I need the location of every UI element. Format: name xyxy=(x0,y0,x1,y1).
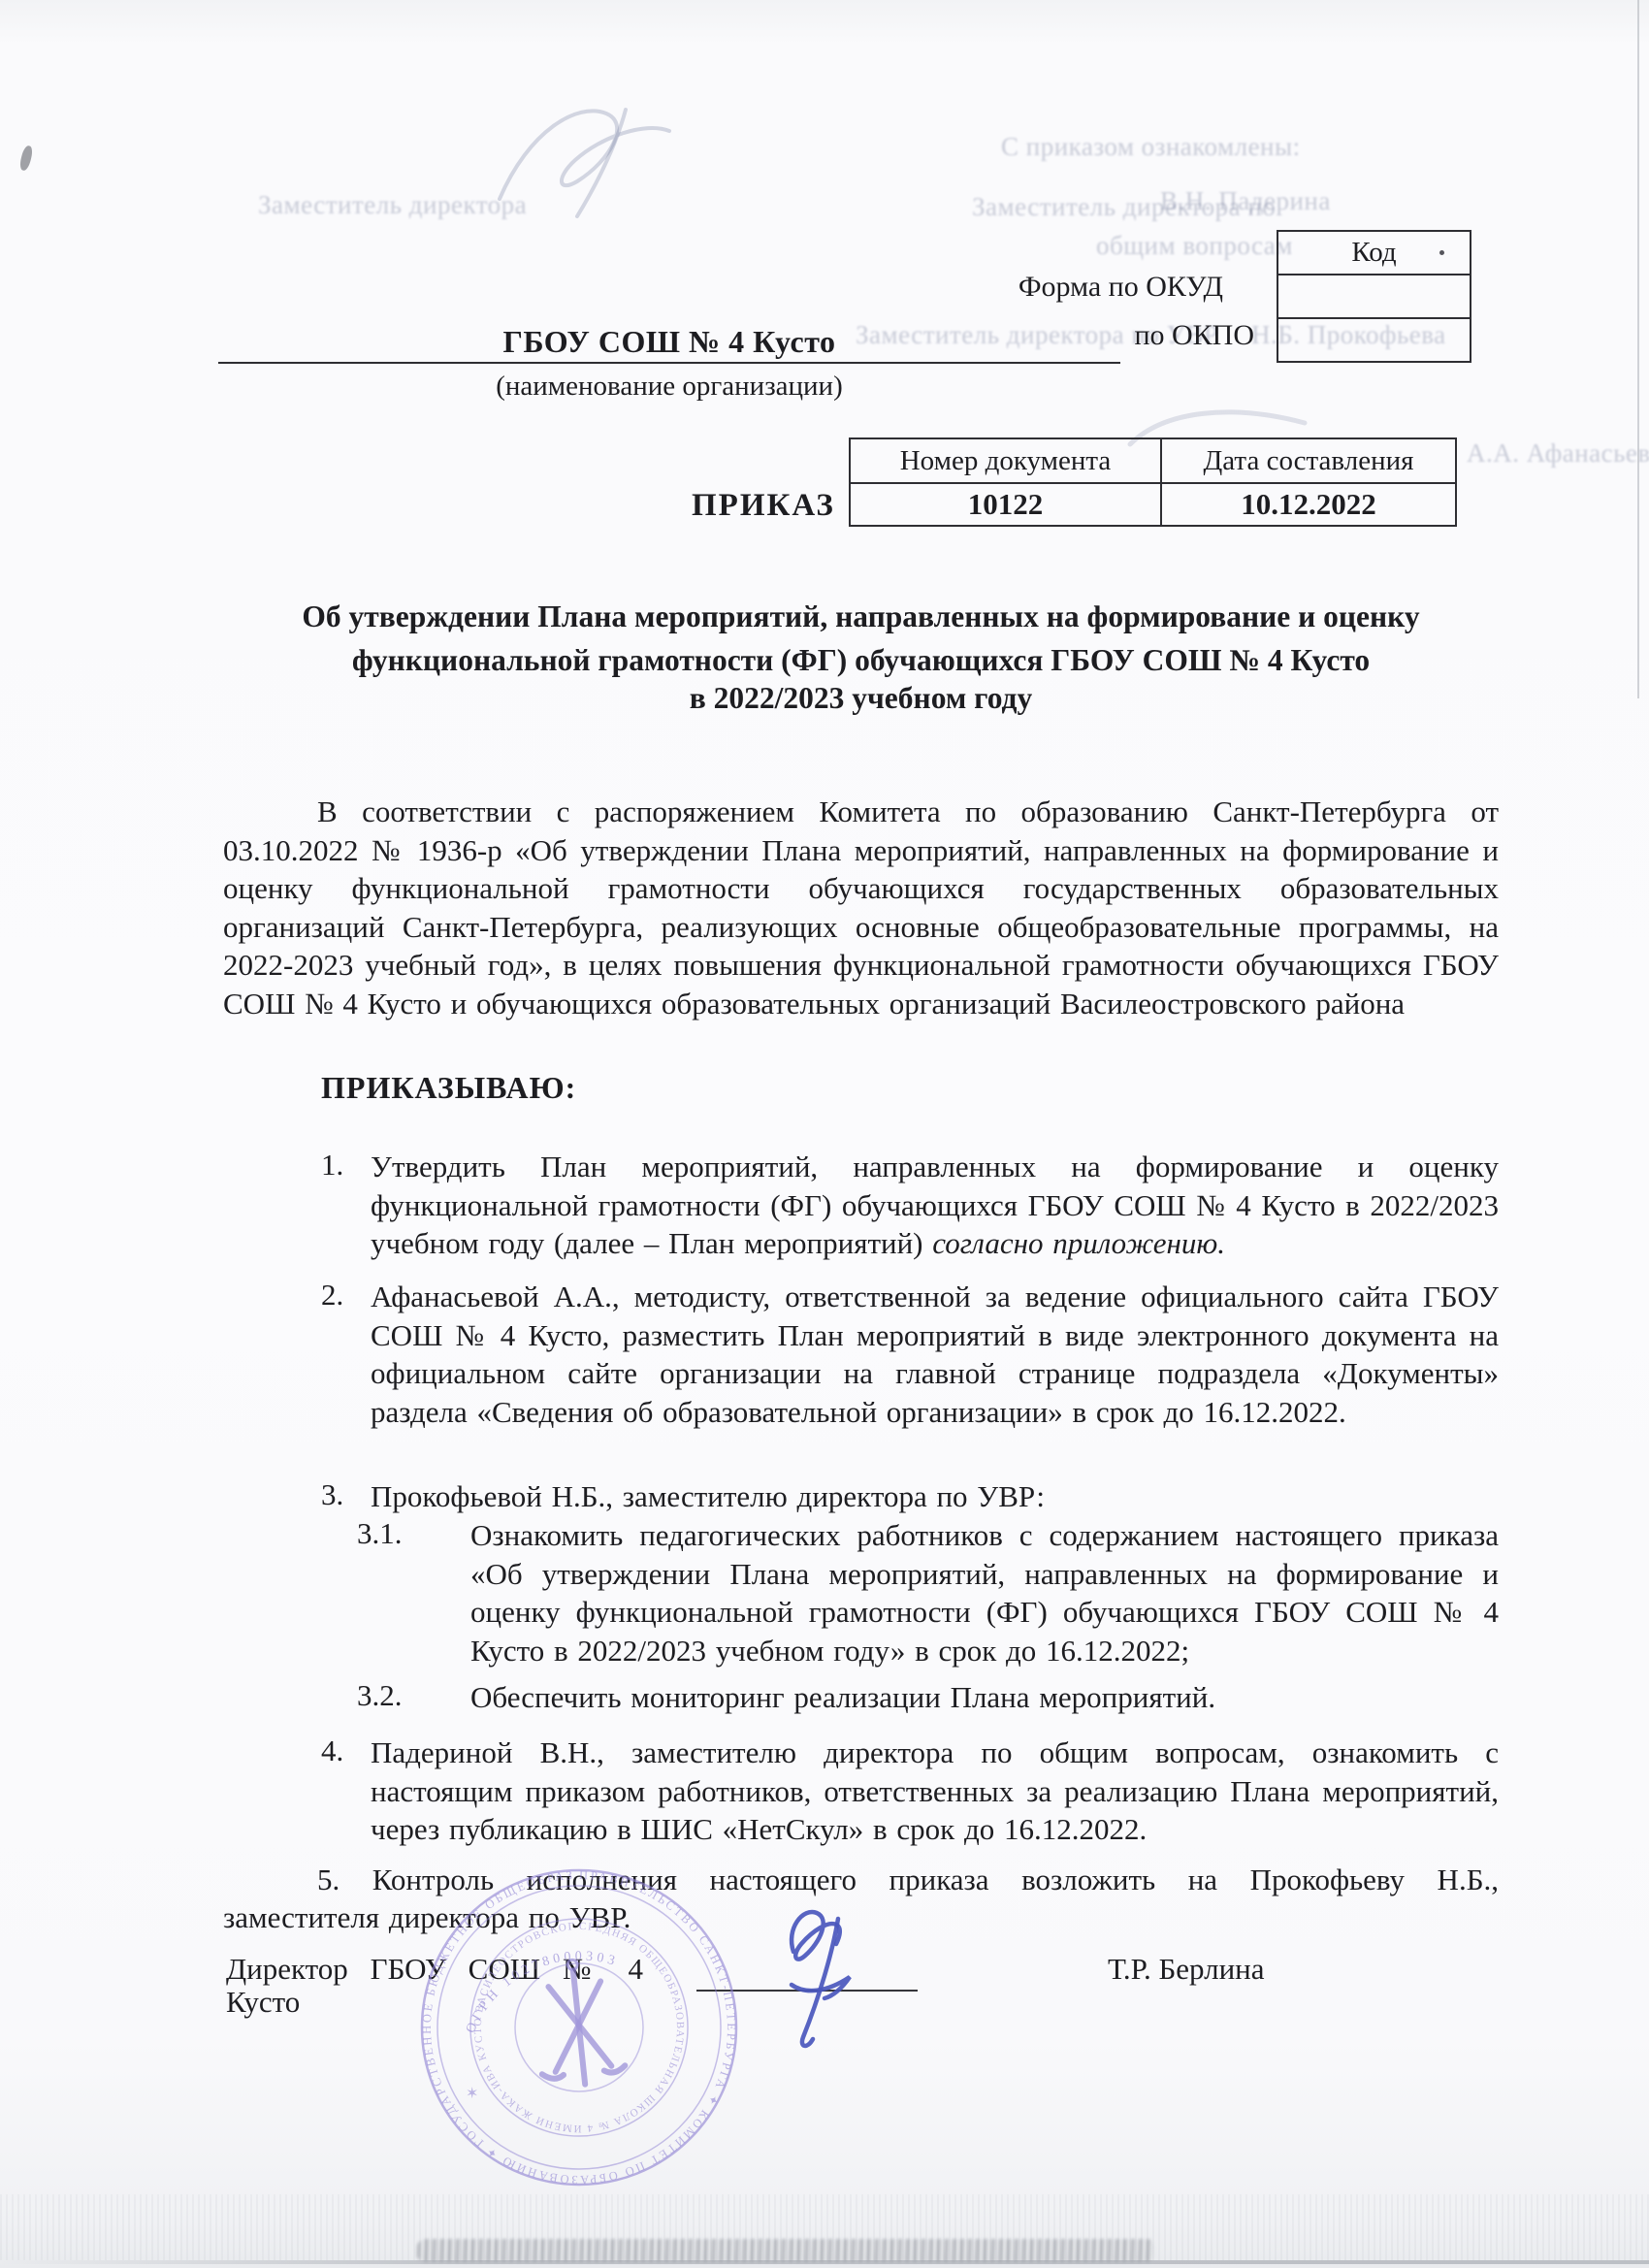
doc-number-value: 10122 xyxy=(850,483,1161,526)
order-item-3: 3. Прокофьевой Н.Б., заместителю директо… xyxy=(321,1477,1499,1516)
document-page: С приказом ознакомлены: Заместитель дире… xyxy=(0,0,1649,2268)
item-number: 2. xyxy=(321,1278,343,1312)
order-label: ПРИКАЗ xyxy=(692,488,835,524)
bleed-through-text: Заместитель директора по xyxy=(972,192,1276,222)
bleed-through-text: В.Н. Падерина xyxy=(1160,186,1331,216)
subitem-text: Обеспечить мониторинг реализации Плана м… xyxy=(470,1678,1499,1717)
bleed-through-signature xyxy=(441,92,694,228)
organization-name: ГБОУ СОШ № 4 Кусто xyxy=(218,324,1120,360)
order-subitem-3-2: 3.2. Обеспечить мониторинг реализации Пл… xyxy=(357,1678,1499,1717)
subitem-number: 3.2. xyxy=(357,1678,403,1713)
scan-edge-line xyxy=(1637,0,1639,698)
order-title-year: в 2022/2023 учебном году xyxy=(223,681,1499,716)
bleed-through-text: общим вопросам xyxy=(1096,231,1293,261)
signature-role-line1: Директор ГБОУ СОШ № 4 xyxy=(226,1952,643,1987)
stamp-star-icon: ✶ xyxy=(466,2086,478,2102)
scan-bottom-smudge xyxy=(417,2239,1155,2262)
item-text: Утвердить План мероприятий, направленных… xyxy=(371,1148,1499,1263)
item-number: 4. xyxy=(321,1733,343,1768)
bleed-through-text: Заместитель директора xyxy=(258,190,527,220)
preamble-paragraph: В соответствии с распоряжением Комитета … xyxy=(223,793,1499,1022)
subitem-text: Ознакомить педагогических работников с с… xyxy=(470,1516,1499,1669)
item-text-italic: согласно приложению. xyxy=(932,1226,1225,1260)
order-title: Об утверждении Плана мероприятий, направ… xyxy=(223,595,1499,682)
scan-dot xyxy=(1439,250,1444,255)
organization-caption: (наименование организации) xyxy=(218,371,1120,403)
subitem-number: 3.1. xyxy=(357,1516,403,1551)
doc-number-header: Номер документа xyxy=(850,438,1161,483)
order-item-1: 1. Утвердить План мероприятий, направлен… xyxy=(321,1148,1499,1263)
scan-bottom-edge xyxy=(0,2260,1649,2264)
bleed-through-text: А.А. Афанасьева xyxy=(1467,438,1649,469)
organization-underline xyxy=(218,362,1120,364)
signature-line xyxy=(696,1990,918,1992)
bleed-through-text: С приказом ознакомлены: xyxy=(1001,132,1301,162)
okpo-value-cell xyxy=(1277,318,1471,362)
order-item-2: 2. Афанасьевой А.А., методисту, ответств… xyxy=(321,1278,1499,1431)
item-text: Прокофьевой Н.Б., заместителю директора … xyxy=(371,1477,1499,1516)
scan-speck xyxy=(18,145,34,172)
okud-value-cell xyxy=(1277,275,1471,318)
signature-role-line2: Кусто xyxy=(226,1985,300,2020)
item-text: Афанасьевой А.А., методисту, ответственн… xyxy=(371,1278,1499,1431)
item-number: 3. xyxy=(321,1477,343,1512)
order-item-4: 4. Падериной В.Н., заместителю директора… xyxy=(321,1733,1499,1849)
item-number: 1. xyxy=(321,1148,343,1183)
doc-date-value: 10.12.2022 xyxy=(1161,483,1456,526)
order-meta-table: Номер документа Дата составления 10122 1… xyxy=(849,437,1457,527)
resolve-label: ПРИКАЗЫВАЮ: xyxy=(321,1070,576,1106)
okud-form-label: Форма по ОКУД xyxy=(931,271,1223,304)
order-item-5-line2: заместителя директора по УВР. xyxy=(223,1898,1499,1937)
signatory-name: Т.Р. Берлина xyxy=(1108,1952,1265,1987)
order-item-5-line1: 5. Контроль исполнения настоящего приказ… xyxy=(223,1861,1499,1899)
item-text: Падериной В.Н., заместителю директора по… xyxy=(371,1733,1499,1849)
doc-date-header: Дата составления xyxy=(1161,438,1456,483)
order-subitem-3-1: 3.1. Ознакомить педагогических работнико… xyxy=(357,1516,1499,1669)
